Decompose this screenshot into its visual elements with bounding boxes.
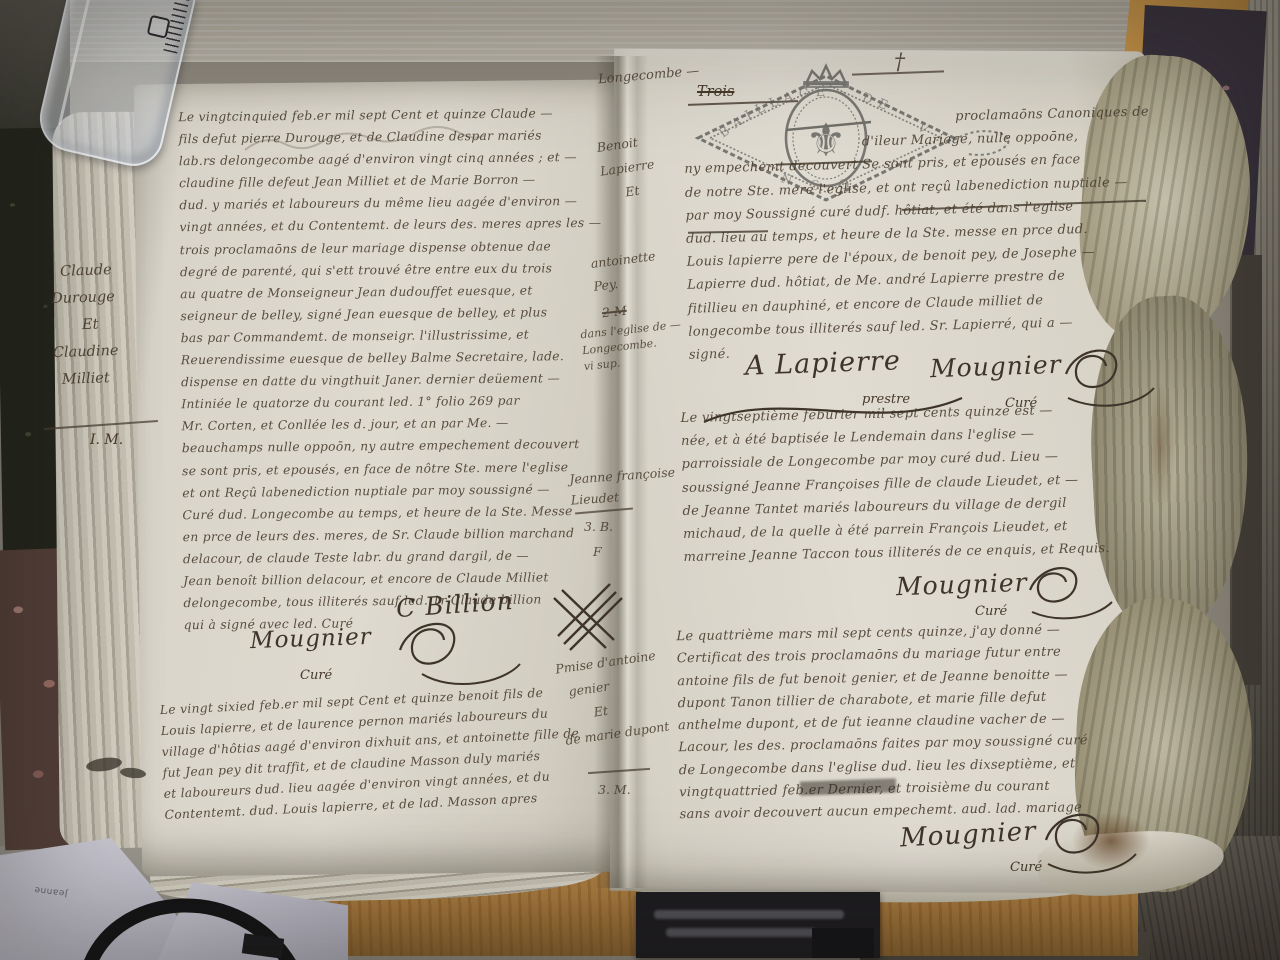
billion-flourish (548, 578, 628, 656)
center-note-benoit-lapierre: BenoitLapierreEt (595, 129, 659, 208)
signature-flourish (392, 612, 532, 692)
handwritten-line: seigneur de belley, signé Jean euesque d… (180, 301, 600, 327)
signature-mougnier-right-2: Mougnier (896, 568, 1029, 602)
marriage-entry-lapierre-pey: Le vingt sixied feb.er mil sept Cent et … (159, 680, 609, 826)
handwritten-line: Milliet (53, 365, 119, 394)
center-mark-3m: 3. M. (598, 778, 631, 802)
center-note-antoinette-pey: antoinettePey. (589, 244, 659, 298)
signature-title-cure: Curé (1010, 860, 1042, 875)
signature-lapierre: A Lapierre (745, 345, 902, 381)
handwritten-line: Durouge (51, 284, 117, 313)
black-object (812, 928, 874, 958)
handwritten-line: dispense en datte du vingthuit Janer. de… (181, 367, 601, 393)
handwritten-line: Claude (50, 257, 116, 286)
margin-mark: I. M. (90, 432, 123, 448)
banns-certificate-entry-genier-dupont: Le quattrième mars mil sept cents quinze… (676, 618, 1164, 827)
signature-flourish (1036, 802, 1140, 882)
signature-mougnier-left: Mougnier (250, 624, 373, 654)
center-note-genier-dupont: Pmise d'antoinegenierEtde marie dupont (554, 643, 671, 753)
plastic-highlight (58, 0, 95, 125)
black-cable (60, 880, 360, 960)
label-text-smudge (666, 928, 816, 937)
signature-title-cure: Curé (300, 668, 332, 683)
label-text-smudge (654, 910, 844, 919)
handwritten-line: degré de parenté, qui s'ett trouvé être … (180, 256, 600, 282)
marriage-entry-durouge-milliet: Le vingtcinquied feb.er mil sept Cent et… (178, 102, 604, 637)
photo-scene: ClaudeDurougeEtClaudineMilliet I. M. Le … (0, 0, 1280, 960)
center-note-jeanne-lieudet: Jeanne françoiseLieudet (569, 461, 677, 510)
center-mark-f: F (593, 540, 602, 564)
signature-title-cure: Curé (975, 604, 1007, 619)
margin-note-names: ClaudeDurougeEtClaudineMilliet (50, 257, 120, 394)
handwritten-line: en prce de leurs des. meres, de Sr. Clau… (183, 522, 603, 548)
handwritten-line: Claudine (52, 338, 118, 367)
handwritten-line: delongecombe, tous illiterés sauf led. 1… (183, 588, 603, 614)
baptism-entry-lieudet: Le vingtseptième feburier mil sept cents… (680, 397, 1158, 569)
handwritten-line: Et (52, 311, 118, 340)
signature-mougnier-right-1: Mougnier (930, 350, 1063, 384)
signature-flourish (1022, 558, 1118, 624)
marriage-entry-lapierre-continuation: proclamaōns Canoniques ded'ileur Mariage… (683, 100, 1164, 367)
center-note-2m-struck: 2 M (601, 299, 628, 325)
center-mark-3b: 3. B. (584, 515, 613, 539)
